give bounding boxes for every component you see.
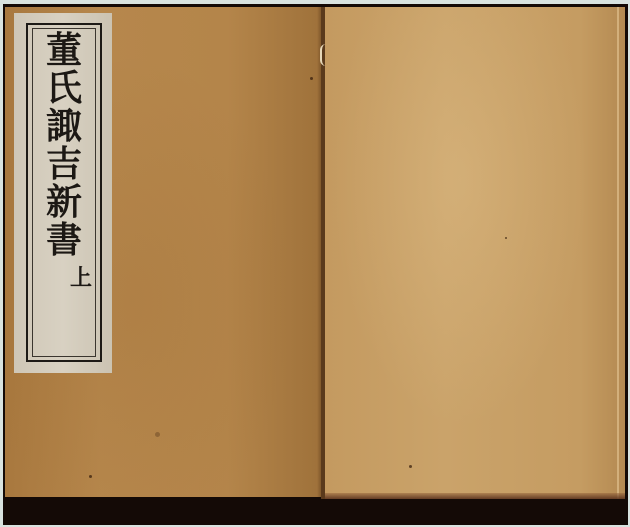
foxing-spot — [310, 77, 313, 80]
book-title: 董 氏 諏 吉 新 書 — [28, 31, 100, 259]
foxing-spot — [409, 465, 412, 468]
page-bottom-edge — [325, 493, 625, 499]
book-scan: 董 氏 諏 吉 新 書 上 — [3, 4, 628, 525]
title-char-6: 書 — [46, 221, 82, 259]
title-char-5: 新 — [46, 183, 82, 221]
title-char-2: 氏 — [46, 69, 82, 107]
title-slip: 董 氏 諏 吉 新 書 上 — [14, 13, 112, 373]
title-slip-outer-border: 董 氏 諏 吉 新 書 上 — [26, 23, 102, 362]
volume-mark: 上 — [70, 261, 92, 292]
title-char-3: 諏 — [46, 107, 82, 145]
front-cover-page: 董 氏 諏 吉 新 書 上 — [5, 7, 323, 497]
blank-endpaper-page — [325, 7, 625, 499]
title-char-1: 董 — [46, 31, 82, 69]
page-edge — [617, 7, 619, 499]
foxing-spot — [155, 432, 160, 437]
foxing-spot — [89, 475, 92, 478]
title-char-4: 吉 — [46, 145, 82, 183]
foxing-spot — [505, 237, 507, 239]
